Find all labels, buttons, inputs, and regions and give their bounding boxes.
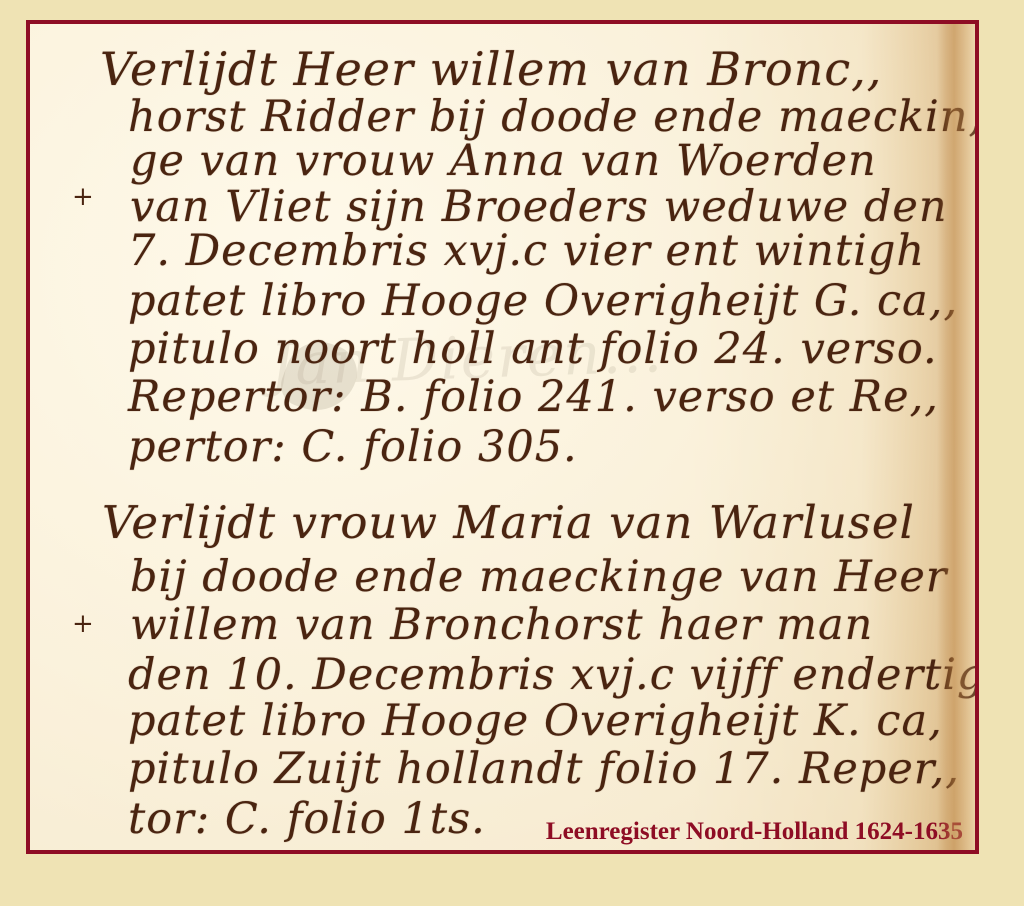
entry-1-line-5: 7. Decembris xvj.c vier ent wintigh <box>128 226 925 276</box>
manuscript-frame: Jan Dieren... + Verlijdt Heer willem van… <box>26 20 979 854</box>
entry-1-line-7: pitulo noort holl ant folio 24. verso. <box>128 324 938 374</box>
entry-2-line-4: den 10. Decembris xvj.c vijff endertig <box>128 650 979 700</box>
document-caption: Leenregister Noord-Holland 1624-1635 <box>546 818 963 846</box>
entry-1-line-6: patet libro Hooge Overigheijt G. ca,, <box>128 276 958 326</box>
entry-1-line-4: van Vliet sijn Broeders weduwe den <box>130 182 948 232</box>
entry-2-line-2: bij doode ende maeckinge van Heer <box>130 552 947 602</box>
margin-mark-entry-2: + <box>72 609 94 639</box>
entry-1-line-3: ge van vrouw Anna van Woerden <box>130 136 877 186</box>
entry-1-line-1: Verlijdt Heer willem van Bronc,, <box>100 42 882 96</box>
entry-2-line-5: patet libro Hooge Overigheijt K. ca, <box>128 696 943 746</box>
manuscript-page: + Verlijdt Heer willem van Bronc,, horst… <box>30 24 975 850</box>
entry-2-line-1: Verlijdt vrouw Maria van Warlusel <box>102 496 915 549</box>
entry-1-line-8: Repertor: B. folio 241. verso et Re,, <box>128 372 939 422</box>
entry-2-line-6: pitulo Zuijt hollandt folio 17. Reper,, <box>128 744 960 794</box>
entry-1-line-2: horst Ridder bij doode ende maeckin,, <box>128 92 979 142</box>
entry-2-line-7: tor: C. folio 1ts. <box>128 794 486 844</box>
entry-1-line-9: pertor: C. folio 305. <box>128 422 578 472</box>
margin-mark-entry-1: + <box>72 182 94 212</box>
entry-2-line-3: willem van Bronchorst haer man <box>130 600 873 650</box>
